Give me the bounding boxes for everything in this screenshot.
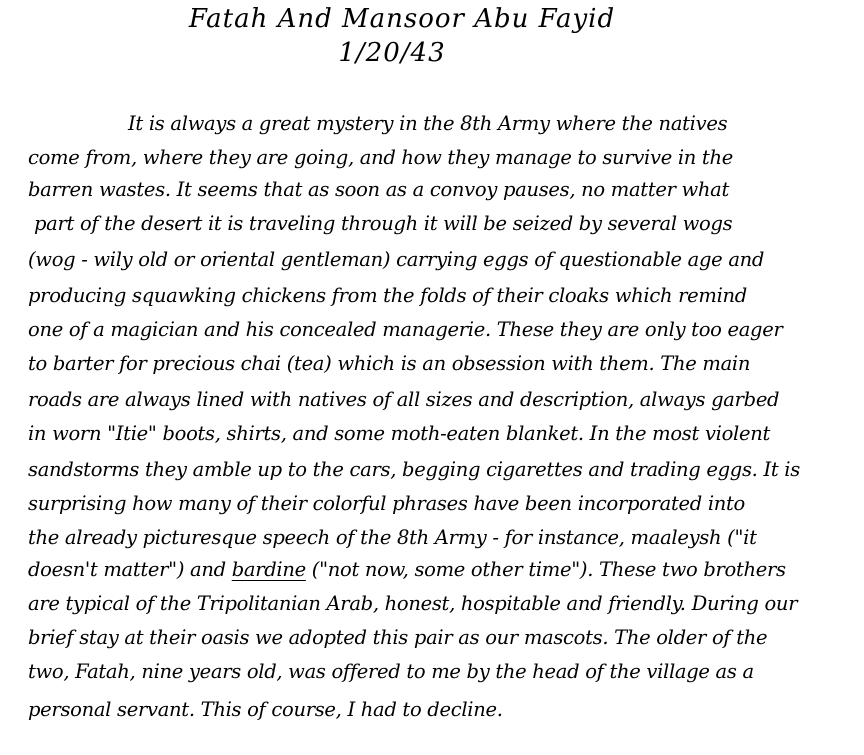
- text-line: the already picturesque speech of the 8t…: [28, 526, 757, 549]
- underlined-word: bardine: [232, 558, 306, 581]
- text-line: (wog - wily old or oriental gentleman) c…: [28, 248, 764, 271]
- text-line: It is always a great mystery in the 8th …: [128, 112, 727, 135]
- text-line: come from, where they are going, and how…: [28, 146, 733, 169]
- text-line: to barter for precious chai (tea) which …: [28, 352, 750, 375]
- text-line: sandstorms they amble up to the cars, be…: [28, 458, 800, 481]
- text-line: brief stay at their oasis we adopted thi…: [28, 626, 767, 649]
- text-segment: ("not now, some other time"). These two …: [306, 558, 786, 581]
- page-date: 1/20/43: [0, 38, 824, 68]
- text-line: doesn't matter") and bardine ("not now, …: [28, 558, 786, 581]
- text-line: in worn "Itie" boots, shirts, and some m…: [28, 422, 770, 445]
- text-line: personal servant. This of course, I had …: [28, 698, 503, 721]
- text-line: surprising how many of their colorful ph…: [28, 492, 745, 515]
- text-segment: doesn't matter") and: [28, 558, 232, 581]
- text-line: one of a magician and his concealed mana…: [28, 318, 783, 341]
- text-line: roads are always lined with natives of a…: [28, 388, 779, 411]
- text-line: barren wastes. It seems that as soon as …: [28, 178, 729, 201]
- page-title: Fatah And Mansoor Abu Fayid: [0, 4, 834, 34]
- text-line: part of the desert it is traveling throu…: [34, 212, 732, 235]
- text-line: are typical of the Tripolitanian Arab, h…: [28, 592, 797, 615]
- text-line: producing squawking chickens from the fo…: [28, 284, 747, 307]
- text-line: two, Fatah, nine years old, was offered …: [28, 660, 754, 683]
